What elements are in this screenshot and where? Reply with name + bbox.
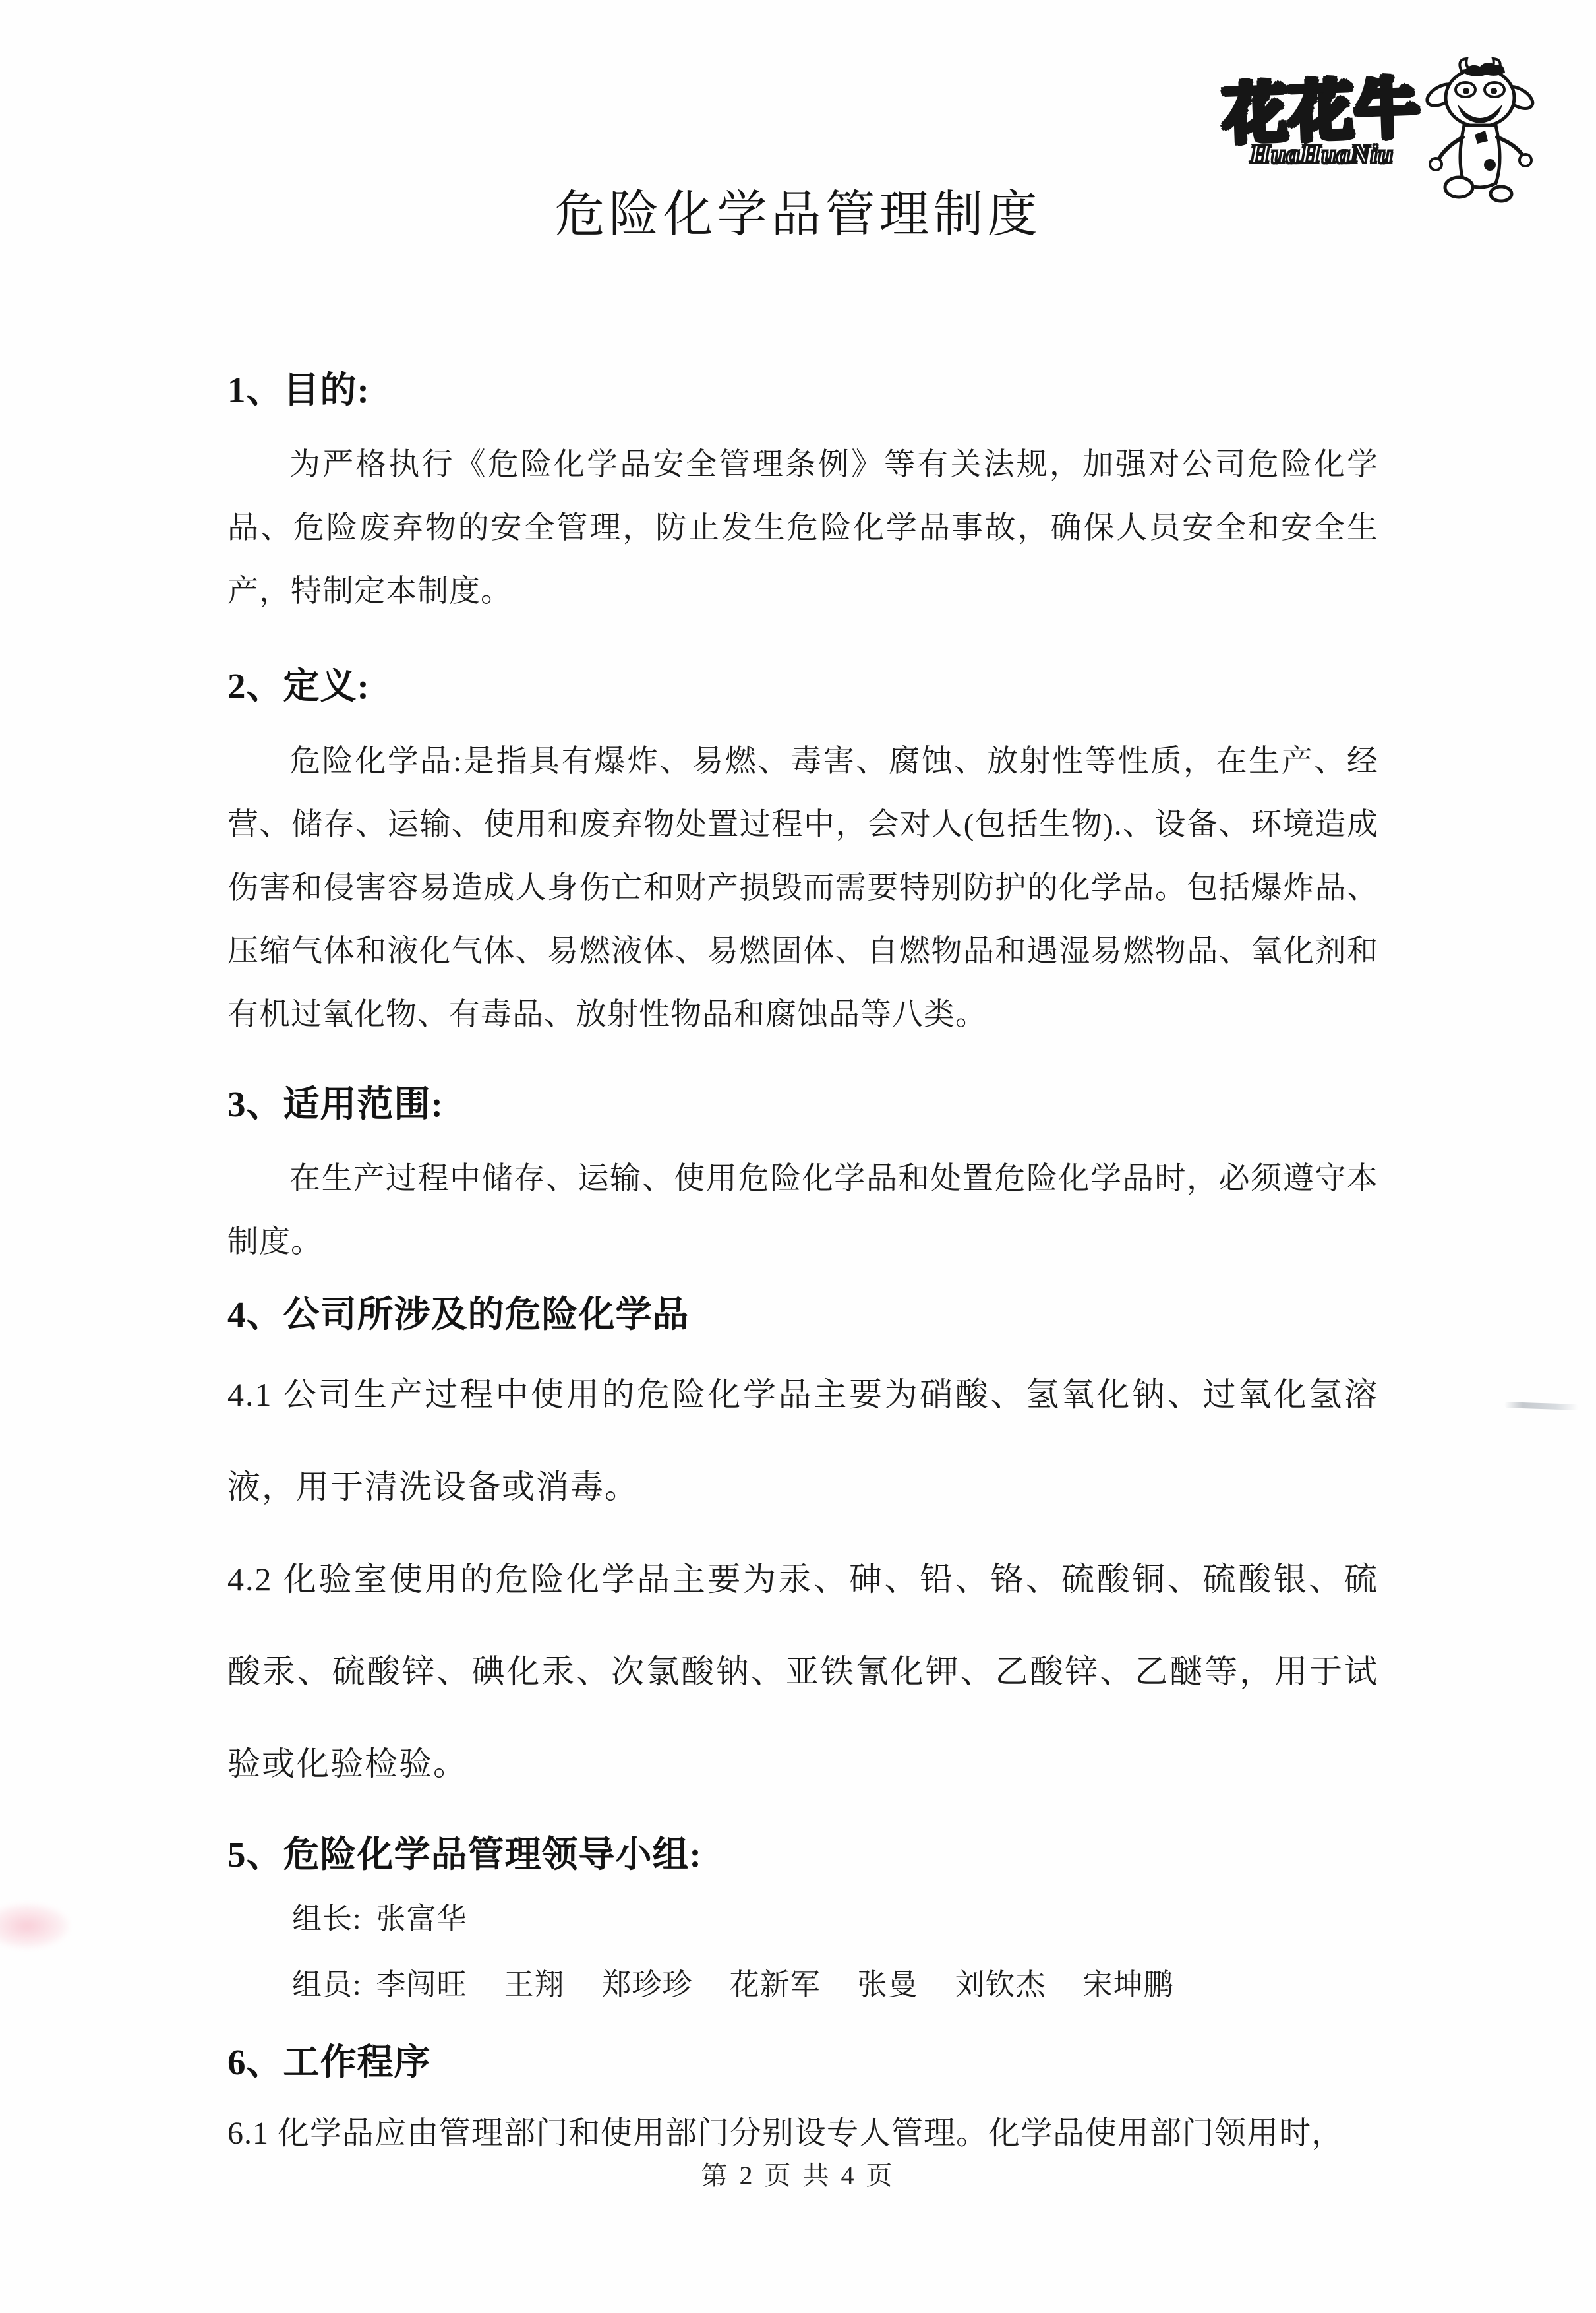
members-label: 组员: — [292, 1968, 362, 2001]
document-body: 1、目的: 为严格执行《危险化学品安全管理条例》等有关法规，加强对公司危险化学品… — [0, 369, 1596, 2165]
section-3-paragraph: 在生产过程中储存、运输、使用危险化学品和处置危险化学品时，必须遵守本制度。 — [227, 1147, 1378, 1274]
member-name: 郑珍珍 — [602, 1968, 693, 2001]
section-4-item-2: 4.2 化验室使用的危险化学品主要为汞、砷、铅、铬、硫酸铜、硫酸银、硫酸汞、硫酸… — [227, 1533, 1378, 1810]
leader-label: 组长: — [292, 1902, 362, 1935]
section-1-heading: 1、目的: — [227, 369, 1378, 411]
leader-name: 张富华 — [376, 1902, 467, 1935]
leadership-leader-line: 组长:张富华 — [292, 1888, 1378, 1949]
brand-name-chinese: 花花牛 — [1222, 77, 1421, 148]
section-2-heading: 2、定义: — [227, 665, 1378, 707]
member-name: 张曼 — [858, 1968, 918, 2001]
section-2-paragraph: 危险化学品:是指具有爆炸、易燃、毒害、腐蚀、放射性等性质，在生产、经营、储存、运… — [227, 730, 1378, 1046]
section-5-heading: 5、危险化学品管理领导小组: — [227, 1834, 1378, 1875]
cow-mascot-icon — [1425, 57, 1535, 204]
page-number: 第 2 页 共 4 页 — [0, 2155, 1596, 2192]
section-1-paragraph: 为严格执行《危险化学品安全管理条例》等有关法规，加强对公司危险化学品、危险废弃物… — [227, 433, 1378, 623]
member-name: 花新军 — [730, 1968, 821, 2001]
document-page: 花花牛 HuaHuaNiu — [0, 0, 1596, 2313]
section-4-item-1: 4.1 公司生产过程中使用的危险化学品主要为硝酸、氢氧化钠、过氧化氢溶液，用于清… — [227, 1348, 1378, 1533]
section-3-heading: 3、适用范围: — [227, 1083, 1378, 1125]
member-name: 王翔 — [504, 1968, 565, 2001]
leadership-members-line: 组员:李闯旺王翔郑珍珍花新军张曼刘钦杰宋坤鹏 — [292, 1954, 1378, 2015]
section-4-heading: 4、公司所涉及的危险化学品 — [227, 1294, 1378, 1335]
brand-logo: 花花牛 HuaHuaNiu — [1223, 57, 1535, 204]
member-name: 宋坤鹏 — [1083, 1968, 1174, 2001]
member-name: 刘钦杰 — [955, 1968, 1046, 2001]
member-name: 李闯旺 — [376, 1968, 467, 2001]
section-6-heading: 6、工作程序 — [227, 2041, 1378, 2083]
brand-logo-text: 花花牛 HuaHuaNiu — [1223, 80, 1421, 167]
